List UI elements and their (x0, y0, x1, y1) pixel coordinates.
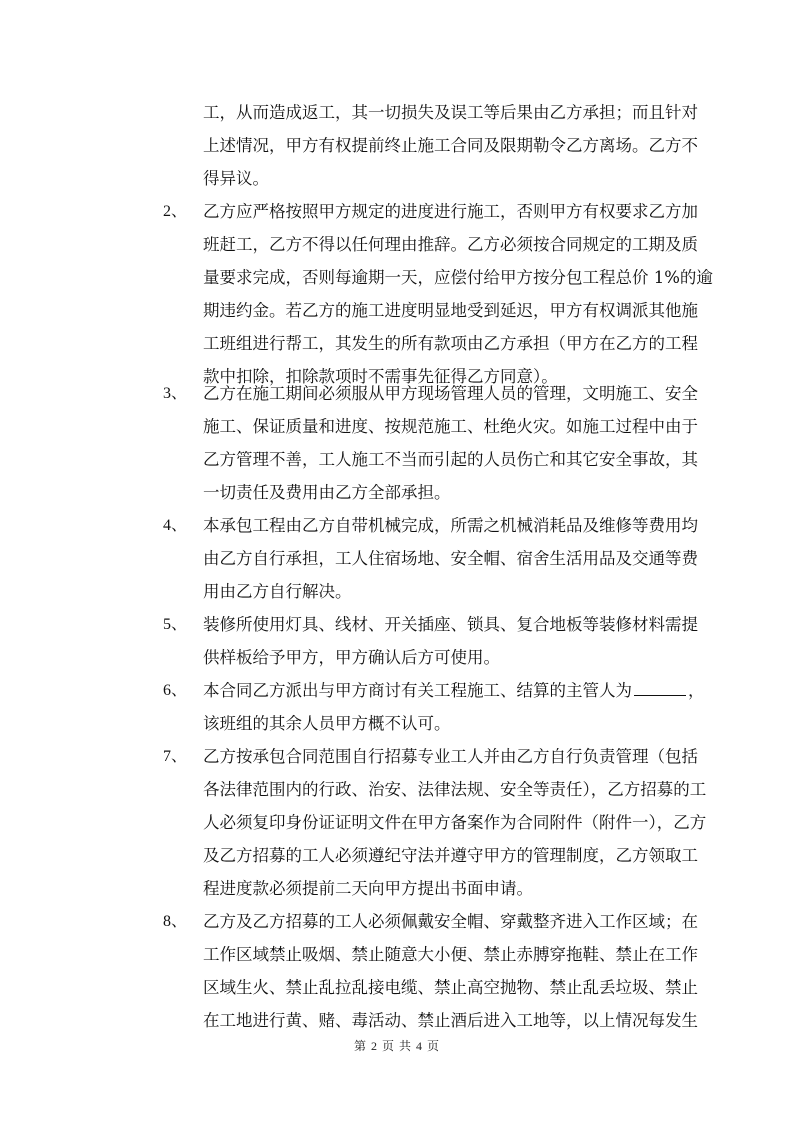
clause-line: 装修所使用灯具、线材、开关插座、锁具、复合地板等装修材料需提 (203, 608, 687, 641)
page-number-footer: 第 2 页 共 4 页 (0, 1037, 793, 1054)
clause-line: 班赶工，乙方不得以任何理由推辞。乙方必须按合同规定的工期及质 (203, 228, 687, 261)
clause-line: 供样板给予甲方，甲方确认后方可使用。 (203, 641, 687, 674)
clause-line: 该班组的其余人员甲方概不认可。 (203, 707, 687, 740)
clause-line: 由乙方自行承担，工人住宿场地、安全帽、宿舍生活用品及交通等费 (203, 542, 687, 575)
clause-line: 乙方及乙方招募的工人必须佩戴安全帽、穿戴整齐进入工作区域；在 (203, 905, 687, 938)
clause-line: 及乙方招募的工人必须遵纪守法并遵守甲方的管理制度，乙方领取工 (203, 839, 687, 872)
continuation-line: 得异议。 (203, 162, 687, 195)
clause-line: 乙方应严格按照甲方规定的进度进行施工，否则甲方有权要求乙方加 (203, 195, 687, 228)
clause-line: 工班组进行帮工，其发生的所有款项由乙方承担（甲方在乙方的工程 (203, 327, 687, 360)
clause-line: 乙方按承包合同范围自行招募专业工人并由乙方自行负责管理（包括 (203, 740, 687, 773)
document-page: 工，从而造成返工，其一切损失及误工等后果由乙方承担；而且针对 上述情况，甲方有权… (0, 0, 793, 1122)
clause-line: 在工地进行黄、赌、毒活动、禁止酒后进入工地等，以上情况每发生 (203, 1004, 687, 1037)
clause-number: 4、 (163, 509, 187, 542)
clause-number: 5、 (163, 608, 187, 641)
clause-punctuation: ， (688, 681, 705, 700)
clause-number: 6、 (163, 674, 187, 707)
clause-number: 2、 (163, 195, 187, 228)
clause-line: 本承包工程由乙方自带机械完成，所需之机械消耗品及维修等费用均 (203, 509, 687, 542)
clause-number: 8、 (163, 905, 187, 938)
clause-line: 施工、保证质量和进度、按规范施工、杜绝火灾。如施工过程中由于 (203, 410, 687, 443)
clause-line: 一切责任及费用由乙方全部承担。 (203, 476, 687, 509)
continuation-line: 工，从而造成返工，其一切损失及误工等后果由乙方承担；而且针对 (203, 96, 687, 129)
clause-number: 7、 (163, 740, 187, 773)
continuation-line: 上述情况，甲方有权提前终止施工合同及限期勒令乙方离场。乙方不 (203, 129, 687, 162)
clause-line: 量要求完成，否则每逾期一天，应偿付给甲方按分包工程总价 1%的逾 (203, 261, 687, 294)
clause-number: 3、 (163, 377, 187, 410)
clause-line: 用由乙方自行解决。 (203, 575, 687, 608)
clause-line: 程进度款必须提前二天向甲方提出书面申请。 (203, 872, 687, 905)
clause-line: 人必须复印身份证证明文件在甲方备案作为合同附件（附件一），乙方 (203, 806, 687, 839)
supervisor-name-blank[interactable] (634, 677, 686, 696)
clause-line: 本合同乙方派出与甲方商讨有关工程施工、结算的主管人为， (203, 674, 687, 707)
clause-line: 期违约金。若乙方的施工进度明显地受到延迟，甲方有权调派其他施 (203, 294, 687, 327)
clause-text: 本合同乙方派出与甲方商讨有关工程施工、结算的主管人为 (203, 681, 632, 700)
clause-line: 各法律范围内的行政、治安、法律法规、安全等责任），乙方招募的工 (203, 773, 687, 806)
clause-line: 工作区域禁止吸烟、禁止随意大小便、禁止赤膊穿拖鞋、禁止在工作 (203, 938, 687, 971)
clause-line: 乙方在施工期间必须服从甲方现场管理人员的管理，文明施工、安全 (203, 377, 687, 410)
clause-line: 区域生火、禁止乱拉乱接电缆、禁止高空抛物、禁止乱丢垃圾、禁止 (203, 971, 687, 1004)
clause-line: 乙方管理不善，工人施工不当而引起的人员伤亡和其它安全事故，其 (203, 443, 687, 476)
